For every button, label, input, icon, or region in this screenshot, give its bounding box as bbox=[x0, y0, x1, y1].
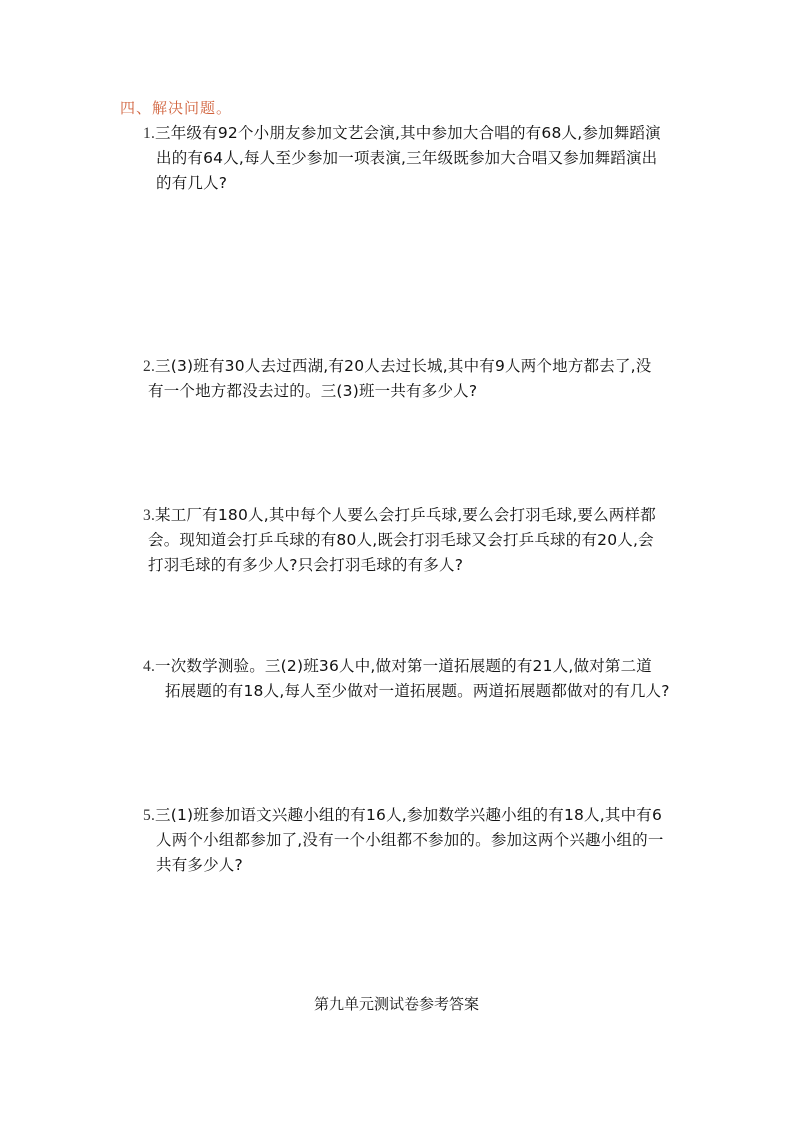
question-number: 5. bbox=[143, 807, 155, 824]
question-line: 2.三(3)班有30人去过西湖,有20人去过长城,其中有9人两个地方都去了,没 bbox=[143, 354, 651, 379]
question-line: 3.某工厂有180人,其中每个人要么会打乒乓球,要么会打羽毛球,要么两样都 bbox=[143, 503, 656, 528]
question-line: 5.三(1)班参加语文兴趣小组的有16人,参加数学兴趣小组的有18人,其中有6 bbox=[143, 803, 664, 828]
question-line: 出的有64人,每人至少参加一项表演,三年级既参加大合唱又参加舞蹈演出 bbox=[143, 146, 661, 171]
answer-key-title: 第九单元测试卷参考答案 bbox=[0, 993, 793, 1014]
question-4: 4.一次数学测验。三(2)班36人中,做对第一道拓展题的有21人,做对第二道 拓… bbox=[143, 654, 670, 704]
question-number: 4. bbox=[143, 658, 155, 675]
question-number: 3. bbox=[143, 507, 155, 524]
question-line: 有一个地方都没去过的。三(3)班一共有多少人? bbox=[143, 379, 651, 404]
question-1: 1.三年级有92个小朋友参加文艺会演,其中参加大合唱的有68人,参加舞蹈演 出的… bbox=[143, 121, 661, 196]
question-line: 1.三年级有92个小朋友参加文艺会演,其中参加大合唱的有68人,参加舞蹈演 bbox=[143, 121, 661, 146]
question-number: 1. bbox=[143, 125, 155, 142]
question-3: 3.某工厂有180人,其中每个人要么会打乒乓球,要么会打羽毛球,要么两样都 会。… bbox=[143, 503, 656, 578]
question-line: 共有多少人? bbox=[143, 853, 664, 878]
question-line: 人两个小组都参加了,没有一个小组都不参加的。参加这两个兴趣小组的一 bbox=[143, 828, 664, 853]
section-title: 四、解决问题。 bbox=[120, 97, 232, 118]
question-line: 打羽毛球的有多少人?只会打羽毛球的有多人? bbox=[143, 553, 656, 578]
question-2: 2.三(3)班有30人去过西湖,有20人去过长城,其中有9人两个地方都去了,没 … bbox=[143, 354, 651, 404]
question-line: 会。现知道会打乒乓球的有80人,既会打羽毛球又会打乒乓球的有20人,会 bbox=[143, 528, 656, 553]
question-number: 2. bbox=[143, 358, 155, 375]
question-line: 4.一次数学测验。三(2)班36人中,做对第一道拓展题的有21人,做对第二道 bbox=[143, 654, 670, 679]
question-5: 5.三(1)班参加语文兴趣小组的有16人,参加数学兴趣小组的有18人,其中有6 … bbox=[143, 803, 664, 878]
question-line: 拓展题的有18人,每人至少做对一道拓展题。两道拓展题都做对的有几人? bbox=[143, 679, 670, 704]
question-line: 的有几人? bbox=[143, 171, 661, 196]
